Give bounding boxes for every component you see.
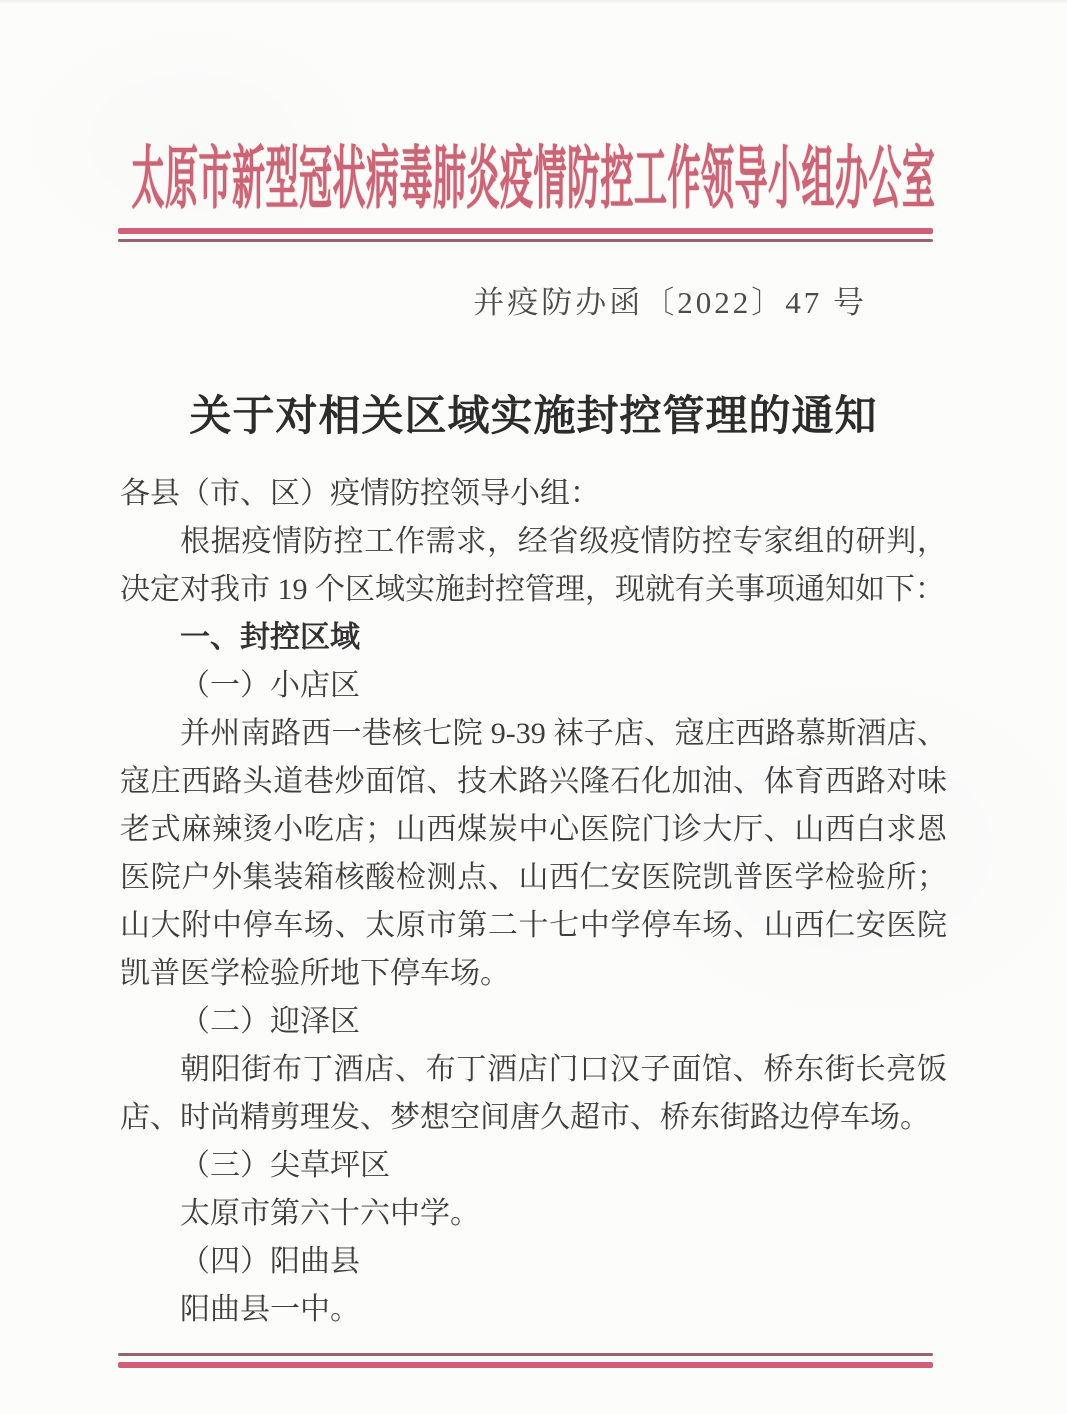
letterhead-issuing-office: 太原市新型冠状病毒肺炎疫情防控工作领导小组办公室 [0, 86, 1067, 261]
region-label: （一）小店区 [120, 662, 947, 710]
header-rule-thick [118, 228, 933, 234]
footer-rule-thin [118, 1353, 933, 1356]
footer-rule-thick [118, 1362, 933, 1368]
document-number: 并疫防办函〔2022〕47 号 [473, 277, 867, 322]
region-content: 阳曲县一中。 [120, 1286, 947, 1334]
document-title: 关于对相关区域实施封控管理的通知 [0, 383, 1067, 443]
salutation: 各县（市、区）疫情防控领导小组： [120, 470, 947, 518]
intro-paragraph: 根据疫情防控工作需求，经省级疫情防控专家组的研判，决定对我市 19 个区域实施封… [120, 518, 947, 614]
region-label: （三）尖草坪区 [120, 1142, 947, 1190]
region-content: 并州南路西一巷核七院 9-39 袜子店、寇庄西路慕斯酒店、寇庄西路头道巷炒面馆、… [120, 710, 947, 998]
scanned-document-page: 太原市新型冠状病毒肺炎疫情防控工作领导小组办公室 并疫防办函〔2022〕47 号… [0, 0, 1067, 1414]
region-content: 朝阳街布丁酒店、布丁酒店门口汉子面馆、桥东街长亮饭店、时尚精剪理发、梦想空间唐久… [120, 1046, 947, 1142]
header-rule-thin [118, 239, 933, 242]
document-body: 各县（市、区）疫情防控领导小组： 根据疫情防控工作需求，经省级疫情防控专家组的研… [120, 470, 947, 1334]
region-label: （四）阳曲县 [120, 1238, 947, 1286]
region-content: 太原市第六十六中学。 [120, 1190, 947, 1238]
section-heading-lockdown-areas: 一、封控区域 [120, 614, 947, 662]
region-label: （二）迎泽区 [120, 998, 947, 1046]
